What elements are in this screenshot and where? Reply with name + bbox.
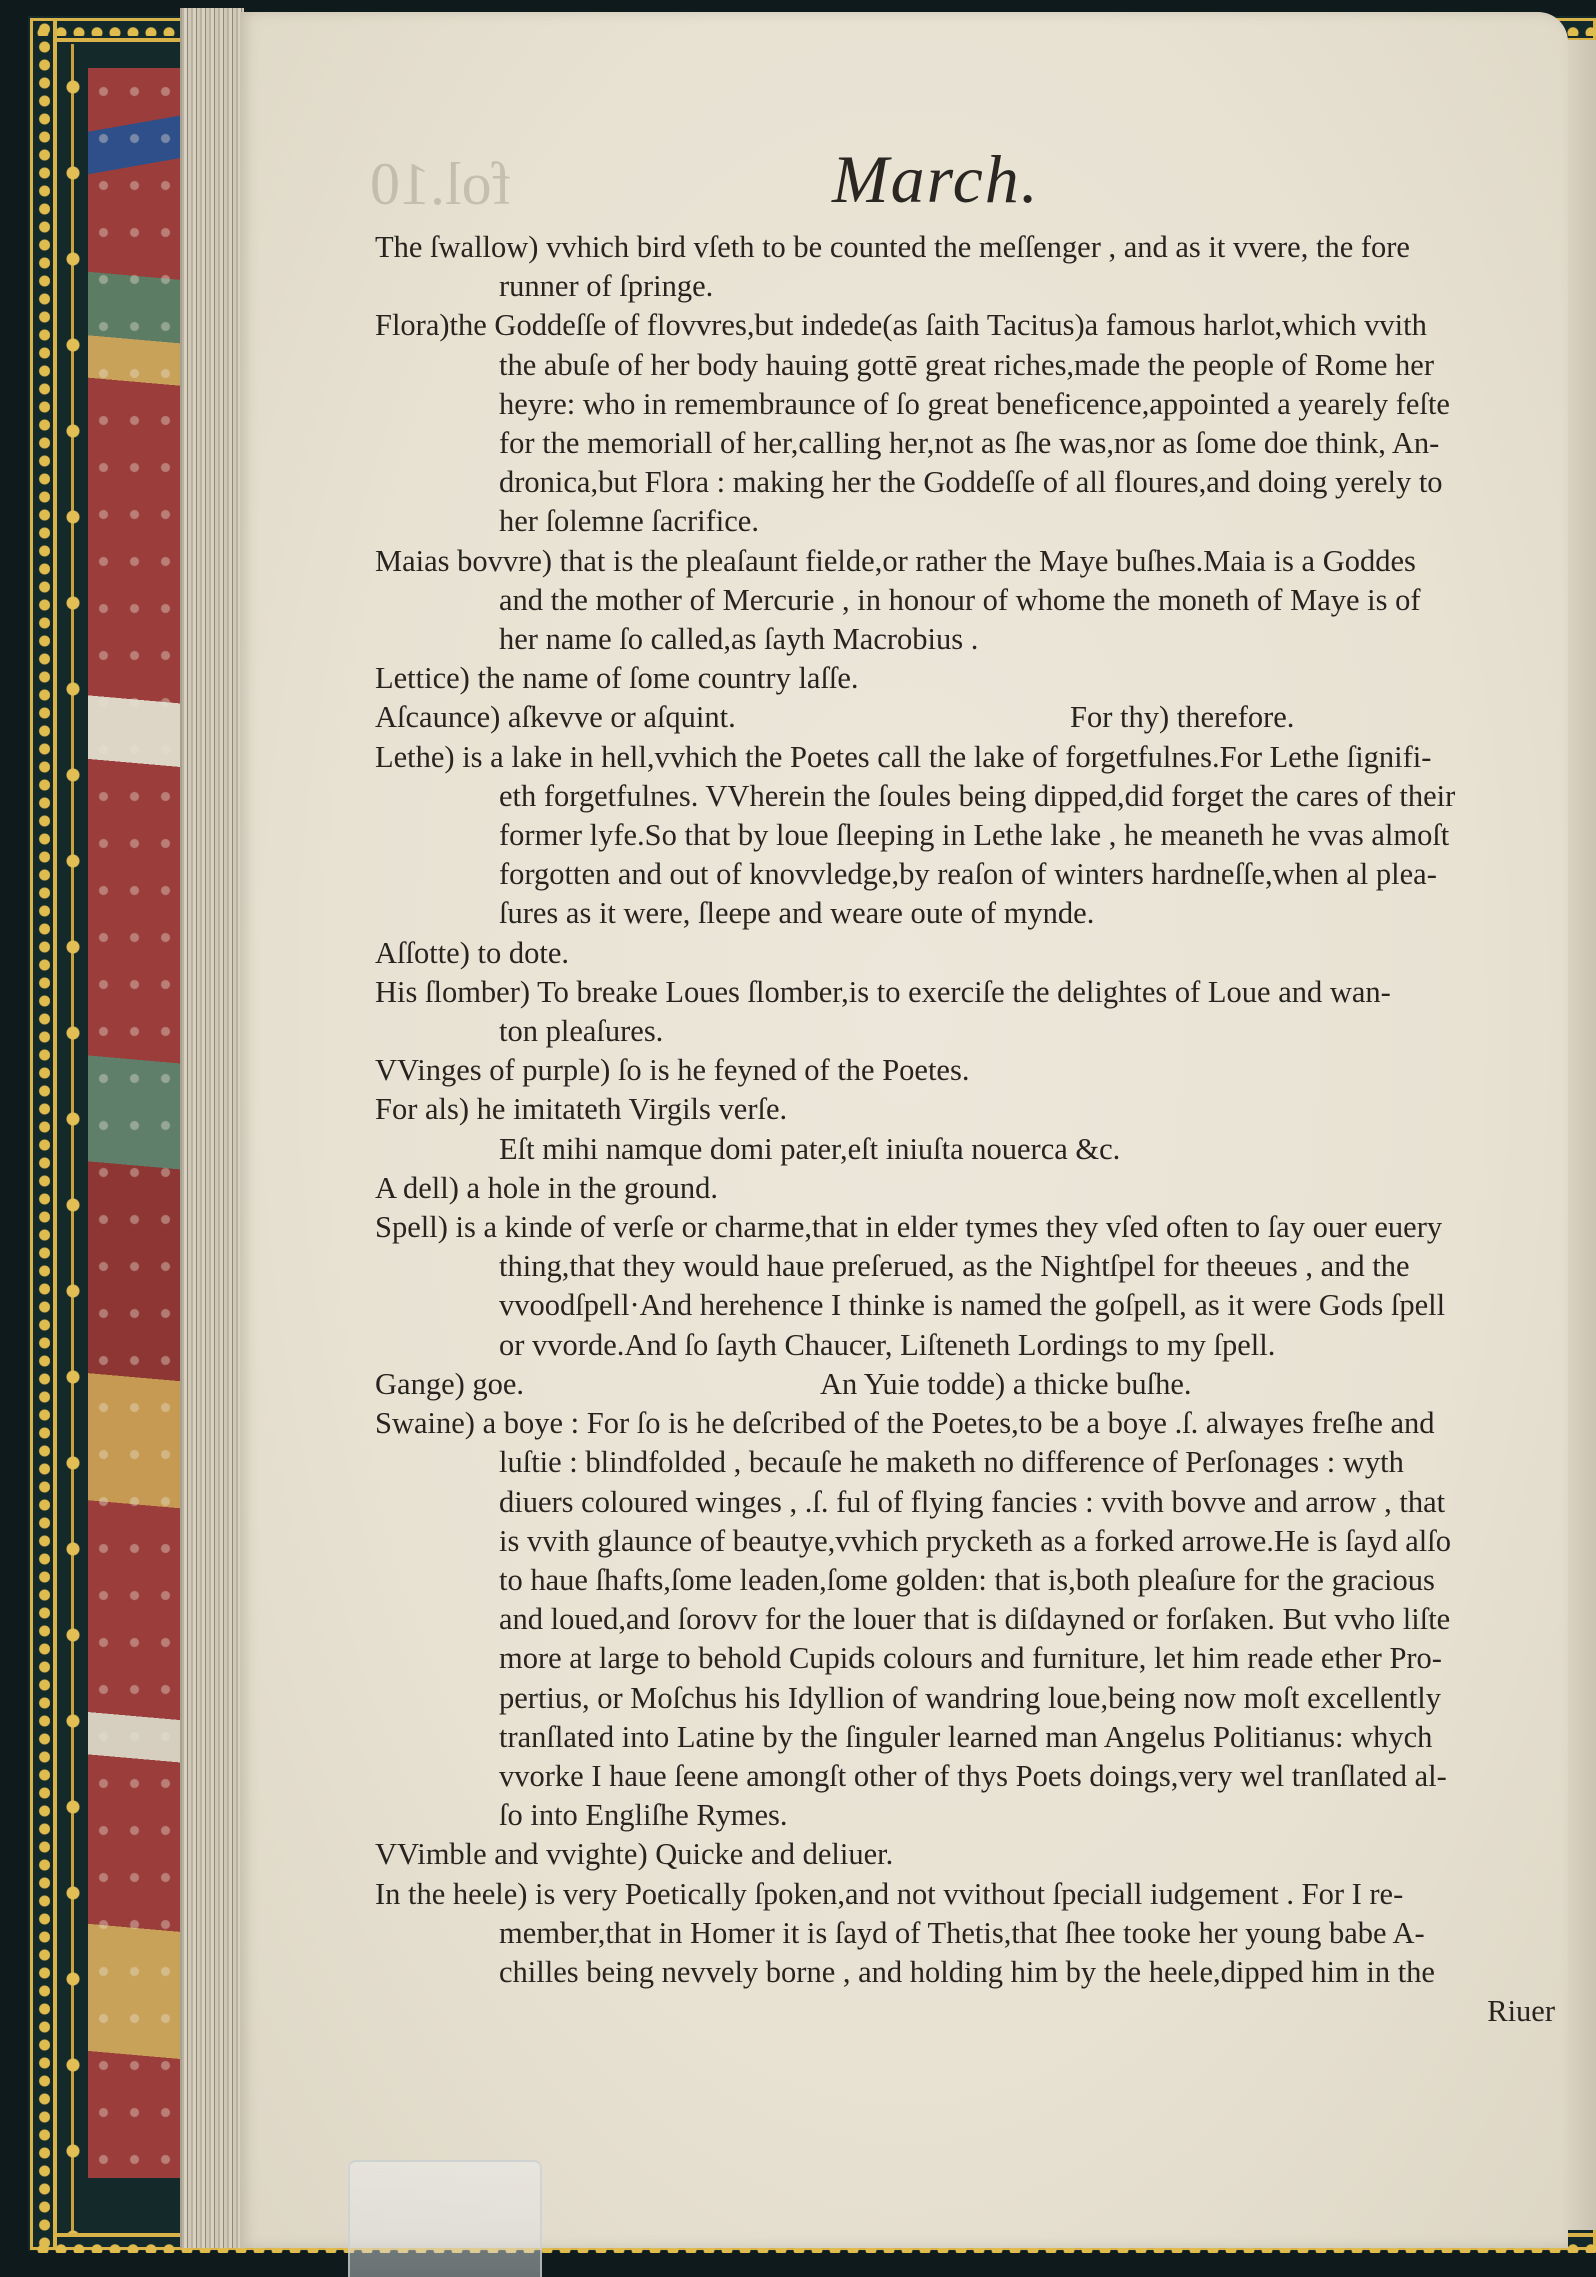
gilt-floral-vine bbox=[60, 44, 86, 2233]
glossary-text: The ſwallow) vvhich bird vſeth to be cou… bbox=[375, 228, 1555, 2031]
page-title: March. bbox=[832, 140, 1040, 219]
gloss-headword-line: Aſſotte) to dote. bbox=[375, 934, 1555, 973]
gloss-entry: Aſſotte) to dote. bbox=[375, 934, 1555, 973]
gloss-continuation-line: runner of ſpringe. bbox=[375, 267, 1555, 306]
gloss-continuation-line: for the memoriall of her,calling her,not… bbox=[375, 424, 1555, 463]
gloss-continuation-line: dronica,but Flora : making her the Godde… bbox=[375, 463, 1555, 502]
catchword: Riuer bbox=[375, 1992, 1555, 2031]
marbled-endpaper-spots bbox=[88, 68, 180, 2178]
gloss-headword-line: Spell) is a kinde of verſe or charme,tha… bbox=[375, 1208, 1555, 1247]
gloss-entry: VVinges of purple) ſo is he feyned of th… bbox=[375, 1051, 1555, 1090]
gloss-entry: In the heele) is very Poetically ſpoken,… bbox=[375, 1875, 1555, 1993]
page-fore-edge bbox=[1568, 40, 1596, 2230]
gloss-entry: Gange) goe.An Yuie todde) a thicke buſhe… bbox=[375, 1365, 1555, 1404]
gloss-headword-line: In the heele) is very Poetically ſpoken,… bbox=[375, 1875, 1555, 1914]
gloss-entry: Swaine) a boye : For ſo is he deſcribed … bbox=[375, 1404, 1555, 1835]
gloss-entry: For als) he imitateth Virgils verſe.Eſt … bbox=[375, 1090, 1555, 1168]
gilt-rule bbox=[53, 20, 57, 2249]
gloss-headword-line: Aſcaunce) aſkevve or aſquint. bbox=[375, 698, 1555, 737]
gloss-headword-line: For als) he imitateth Virgils verſe. bbox=[375, 1090, 1555, 1129]
page-block-edges bbox=[180, 8, 244, 2248]
gloss-headword-line: Maias bovvre) that is the pleaſaunt fiel… bbox=[375, 542, 1555, 581]
gloss-headword-line: His ſlomber) To breake Loues ſlomber,is … bbox=[375, 973, 1555, 1012]
gloss-entry: His ſlomber) To breake Loues ſlomber,is … bbox=[375, 973, 1555, 1051]
gloss-entry: Maias bovvre) that is the pleaſaunt fiel… bbox=[375, 542, 1555, 660]
gloss-entry: Lettice) the name of ſome country laſſe. bbox=[375, 659, 1555, 698]
gloss-headword-line: VVinges of purple) ſo is he feyned of th… bbox=[375, 1051, 1555, 1090]
gloss-headword-line: Flora)the Goddeſſe of flovvres,but inded… bbox=[375, 306, 1555, 345]
gloss-continuation-line: her ſolemne ſacrifice. bbox=[375, 502, 1555, 541]
gloss-entry: A dell) a hole in the ground. bbox=[375, 1169, 1555, 1208]
gloss-continuation-line: to haue ſhafts,ſome leaden,ſome golden: … bbox=[375, 1561, 1555, 1600]
showthrough-folio: fol.10 bbox=[370, 150, 512, 219]
gloss-continuation-line: Eſt mihi namque domi pater,eſt iniuſta n… bbox=[375, 1130, 1555, 1169]
gloss-continuation-line: ton pleaſures. bbox=[375, 1012, 1555, 1051]
gloss-continuation-line: pertius, or Moſchus his Idyllion of wand… bbox=[375, 1679, 1555, 1718]
gloss-headword-line: A dell) a hole in the ground. bbox=[375, 1169, 1555, 1208]
gloss-continuation-line: ſures as it were, ſleepe and weare oute … bbox=[375, 894, 1555, 933]
gloss-continuation-line: member,that in Homer it is ſayd of Theti… bbox=[375, 1914, 1555, 1953]
gloss-continuation-line: or vvorde.And ſo ſayth Chaucer, Liſtenet… bbox=[375, 1326, 1555, 1365]
gloss-headword-line: VVimble and vvighte) Quicke and deliuer. bbox=[375, 1835, 1555, 1874]
gloss-continuation-line: her name ſo called,as ſayth Macrobius . bbox=[375, 620, 1555, 659]
glass-page-weight bbox=[348, 2160, 542, 2277]
gilt-dentelle-left bbox=[32, 20, 50, 2253]
gloss-continuation-line: forgotten and out of knovvledge,by reaſo… bbox=[375, 855, 1555, 894]
gloss-continuation-line: is vvith glaunce of beautye,vvhich pryck… bbox=[375, 1522, 1555, 1561]
gloss-continuation-line: more at large to behold Cupids colours a… bbox=[375, 1639, 1555, 1678]
gloss-continuation-line: the abuſe of her body hauing gottē great… bbox=[375, 346, 1555, 385]
gloss-headword-line: The ſwallow) vvhich bird vſeth to be cou… bbox=[375, 228, 1555, 267]
gloss-continuation-line: heyre: who in remembraunce of ſo great b… bbox=[375, 385, 1555, 424]
gloss-headword-line: Lethe) is a lake in hell,vvhich the Poet… bbox=[375, 738, 1555, 777]
gloss-continuation-line: vvoodſpell·And herehence I thinke is nam… bbox=[375, 1286, 1555, 1325]
gloss-continuation-line: vvorke I haue ſeene amongſt other of thy… bbox=[375, 1757, 1555, 1796]
gloss-entry: Spell) is a kinde of verſe or charme,tha… bbox=[375, 1208, 1555, 1365]
gloss-continuation-line: thing,that they would haue preſerued, as… bbox=[375, 1247, 1555, 1286]
gloss-continuation-line: tranſlated into Latine by the ſinguler l… bbox=[375, 1718, 1555, 1757]
gloss-entry: Aſcaunce) aſkevve or aſquint.For thy) th… bbox=[375, 698, 1555, 737]
gloss-headword-line: Swaine) a boye : For ſo is he deſcribed … bbox=[375, 1404, 1555, 1443]
gloss-continuation-line: diuers coloured winges , .ſ. ful of flyi… bbox=[375, 1483, 1555, 1522]
gloss-continuation-line: and the mother of Mercurie , in honour o… bbox=[375, 581, 1555, 620]
gloss-continuation-line: eth forgetfulnes. VVherein the ſoules be… bbox=[375, 777, 1555, 816]
gloss-continuation-line: ſo into Engliſhe Rymes. bbox=[375, 1796, 1555, 1835]
gloss-continuation-line: former lyfe.So that by loue ſleeping in … bbox=[375, 816, 1555, 855]
gloss-entry: The ſwallow) vvhich bird vſeth to be cou… bbox=[375, 228, 1555, 306]
gloss-headword-line: Lettice) the name of ſome country laſſe. bbox=[375, 659, 1555, 698]
gloss-entry: VVimble and vvighte) Quicke and deliuer. bbox=[375, 1835, 1555, 1874]
gloss-continuation-line: and loued,and ſorovv for the louer that … bbox=[375, 1600, 1555, 1639]
gloss-entry: Flora)the Goddeſſe of flovvres,but inded… bbox=[375, 306, 1555, 541]
gloss-continuation-line: luſtie : blindfolded , becauſe he maketh… bbox=[375, 1443, 1555, 1482]
gloss-second-column-entry: For thy) therefore. bbox=[1070, 698, 1294, 737]
gloss-entry: Lethe) is a lake in hell,vvhich the Poet… bbox=[375, 738, 1555, 934]
gloss-second-column-entry: An Yuie todde) a thicke buſhe. bbox=[820, 1365, 1192, 1404]
gloss-continuation-line: chilles being nevvely borne , and holdin… bbox=[375, 1953, 1555, 1992]
